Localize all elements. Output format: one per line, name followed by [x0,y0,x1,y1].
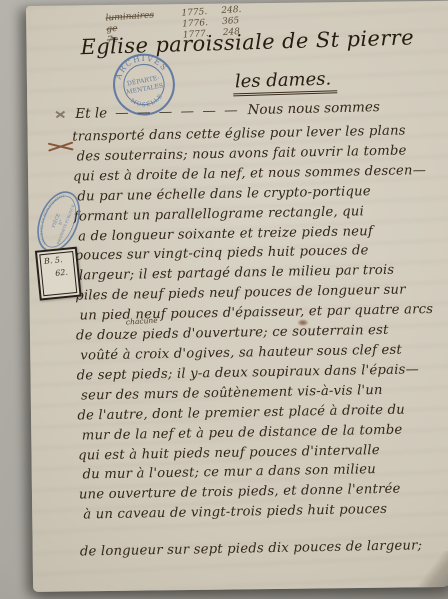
shelfmark-series: B. 5. [44,254,71,266]
manuscript-body: transporté dans cette église pour lever … [72,121,448,563]
shelfmark-number: 62. [55,267,72,278]
photo-background: luminaires 1775. 248. ge 1776. 365 7e 17… [0,0,448,599]
margin-mark [55,110,65,120]
date-line-prefix: Et le [75,105,107,122]
date-line-text: Nous nous sommes [247,99,380,118]
shelfmark-label: B. 5. 62. [35,247,82,301]
document-title-suffix: les dames. [233,68,338,96]
date-line-blank: — — — — — — [115,102,240,121]
manuscript-page: luminaires 1775. 248. ge 1776. 365 7e 17… [26,1,448,592]
shelfmark-label-border: B. 5. 62. [39,251,77,296]
paper-corner-fold [413,551,448,588]
margin-cross-mark [48,138,74,154]
oval-archive-stamp: ARCHIVES DU DÉPARTEMENT PIÈCE N° PROPRIÉ… [22,185,95,258]
